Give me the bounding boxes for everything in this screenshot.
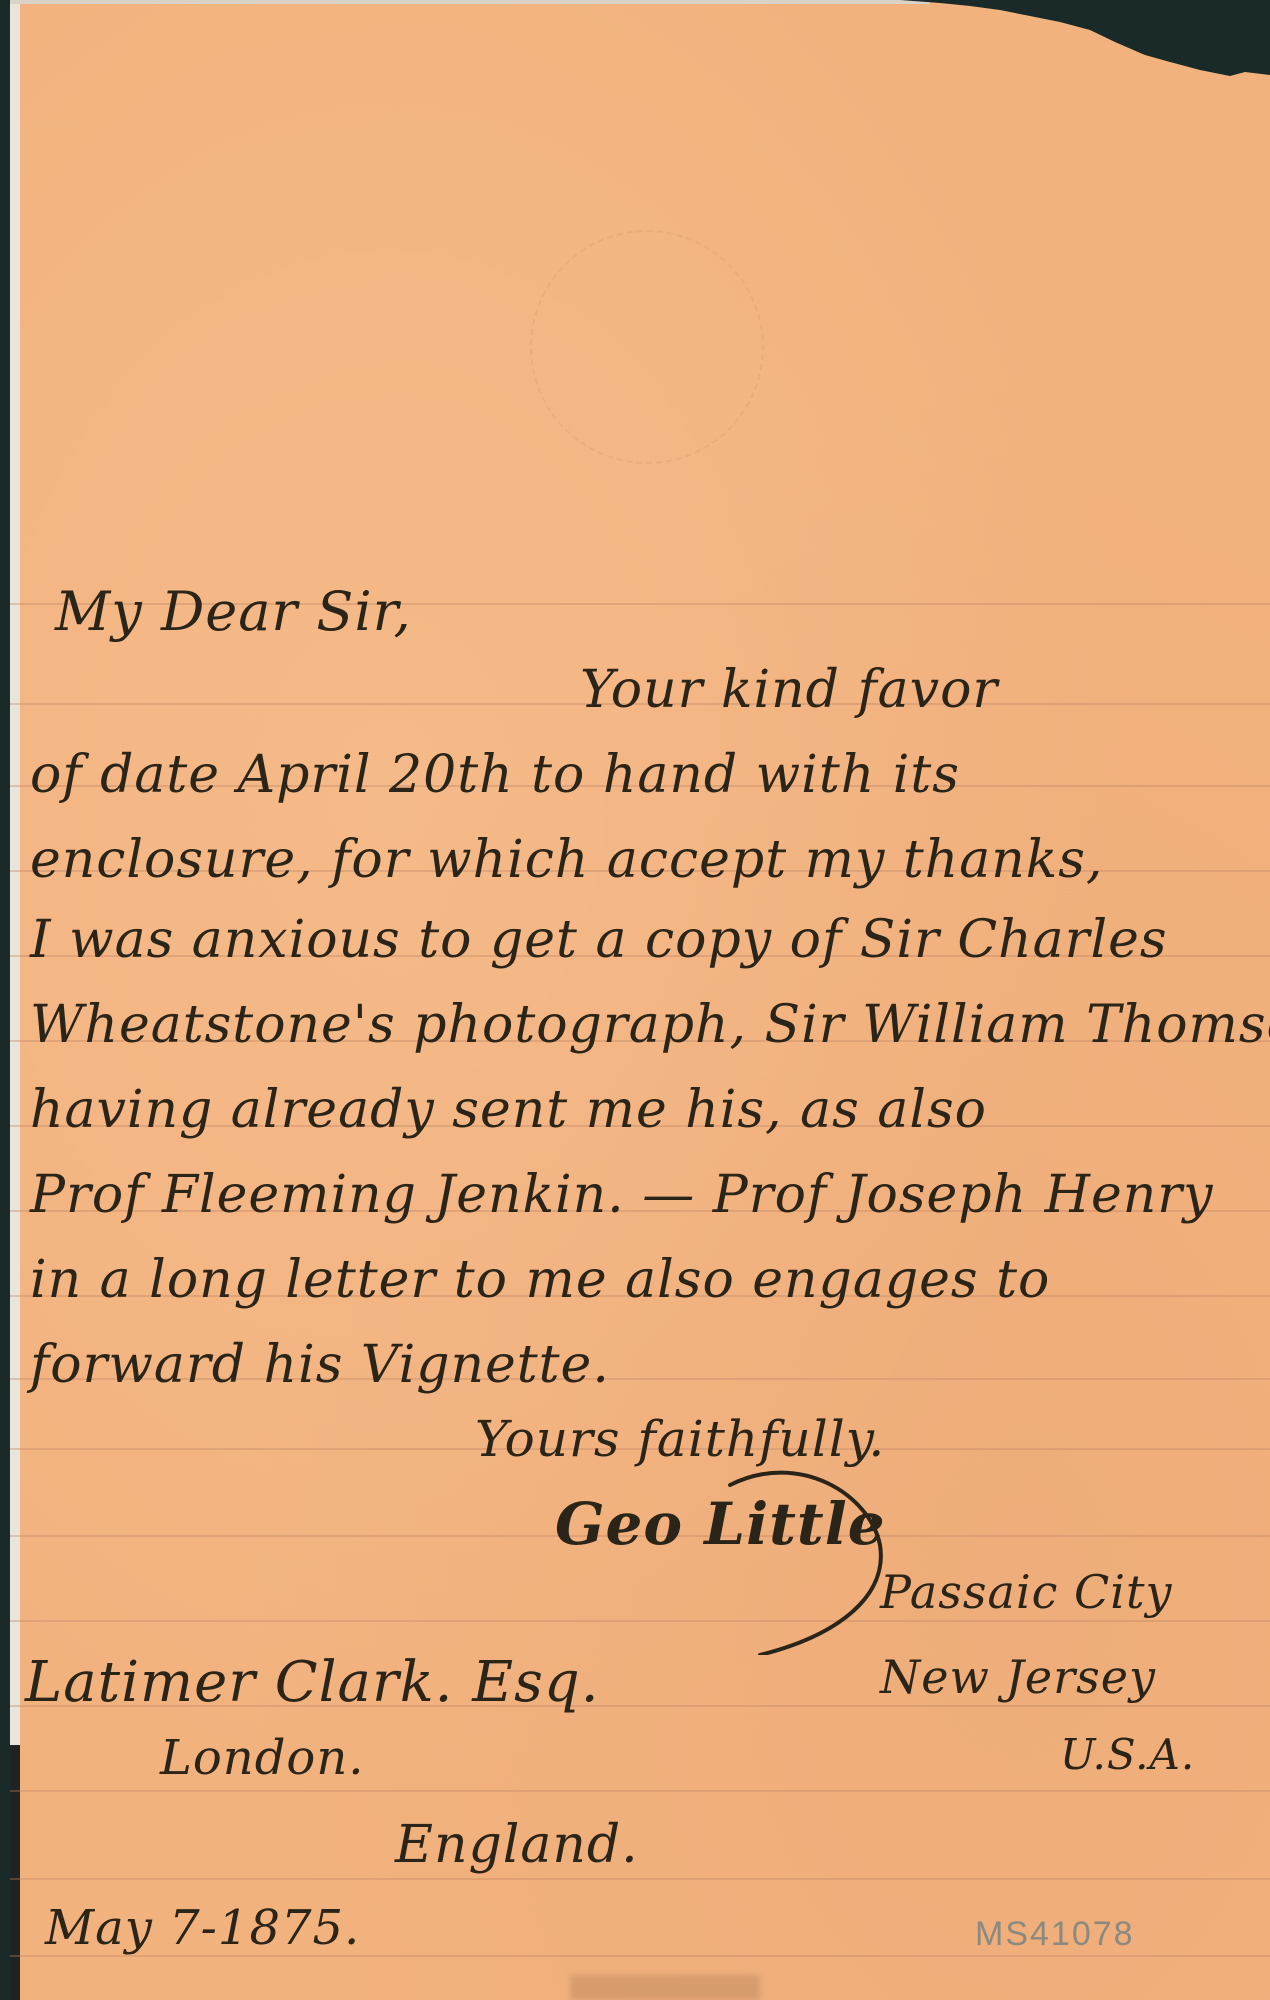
body-line: forward his Vignette. [30, 1335, 610, 1395]
sender-state: New Jersey [880, 1650, 1156, 1704]
addressee-city: London. [160, 1730, 364, 1786]
signature-flourish [720, 1455, 900, 1655]
sender-country: U.S.A. [1060, 1730, 1195, 1779]
torn-corner [900, 0, 1270, 80]
body-line: enclosure, for which accept my thanks, [30, 830, 1103, 890]
ruled-line [10, 1790, 1270, 1792]
letter-date: May 7-1875. [45, 1900, 360, 1956]
body-line: Prof Fleeming Jenkin. — Prof Joseph Henr… [30, 1165, 1213, 1225]
body-line: having already sent me his, as also [30, 1080, 987, 1140]
sender-city: Passaic City [880, 1565, 1172, 1619]
ruled-line [10, 1878, 1270, 1880]
embossed-seal [530, 230, 764, 464]
letter-page: My Dear Sir, Your kind favor of date Apr… [10, 0, 1270, 2000]
paper-top-edge [10, 0, 930, 4]
body-line: Your kind favor [580, 660, 998, 720]
addressee-name: Latimer Clark. Esq. [25, 1650, 600, 1715]
addressee-country: England. [395, 1815, 639, 1875]
body-line: of date April 20th to hand with its [30, 745, 960, 805]
archive-mark: MS41078 [975, 1915, 1135, 1954]
scan-edge-dark [10, 1745, 20, 2000]
scan-edge [10, 0, 20, 1745]
body-line: in a long letter to me also engages to [30, 1250, 1050, 1310]
body-line: Wheatstone's photograph, Sir William Tho… [30, 995, 1270, 1055]
body-line: I was anxious to get a copy of Sir Charl… [30, 910, 1168, 970]
salutation: My Dear Sir, [55, 580, 412, 643]
paper-stain [570, 1975, 760, 2000]
ruled-line [10, 1620, 1270, 1622]
